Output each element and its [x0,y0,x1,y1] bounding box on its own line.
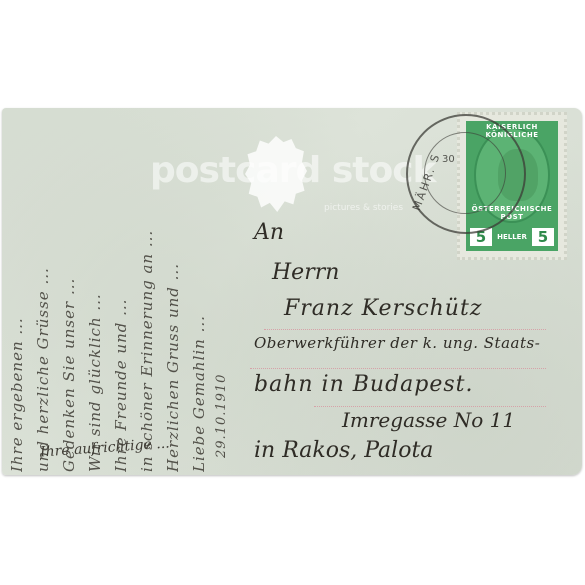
address-honorific: Herrn [272,260,339,285]
address-district: in Rakos, Palota [254,438,433,463]
watermark-brand: postcard stock [150,150,435,191]
address-line-rule [314,406,546,407]
message-column: Ihre Freunde und ... [112,112,134,472]
address-recipient-title: Oberwerkführer der k. ung. Staats- [254,334,540,352]
watermark-tagline: pictures & stories [324,203,403,213]
address-line-rule [264,329,546,330]
message-dateline: 29.10.1910 [214,258,236,458]
address-street: Imregasse No 11 [342,408,515,432]
message-column: Gedenken Sie unser ... [60,112,82,472]
message-column: Ihre ergebenen ... [8,112,30,472]
address-recipient-name: Franz Kerschütz [284,296,482,321]
address-line-rule [250,368,546,369]
postmark-cancellation: MÄHR. S 30 [406,114,526,234]
stamp-currency: HELLER [497,233,527,241]
address-city-line: bahn in Budapest. [254,372,474,397]
postmark-date: 30 [442,154,455,165]
postcard-back: Ihre ergebenen ... und herzliche Grüsse … [2,108,582,475]
message-column: Wir sind glücklich ... [86,112,108,472]
stamp-value-right: 5 [532,228,554,246]
address-salutation: An [254,220,284,245]
message-column: und herzliche Grüsse ... [34,112,56,472]
